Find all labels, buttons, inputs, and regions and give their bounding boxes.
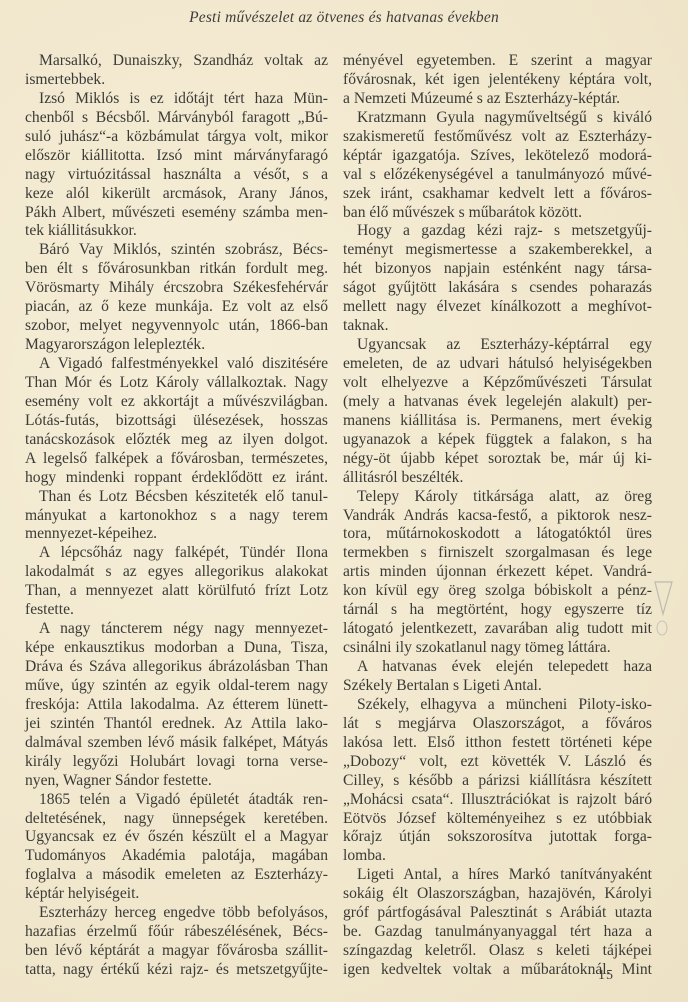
text-line: tárnál s ha megtörtént, hogy egyszerre t… <box>343 601 652 620</box>
text-line: Magyarországon leleplezték. <box>25 336 328 355</box>
text-line: Than Mór és Lotz Károly vállalkoztak. Na… <box>25 374 328 393</box>
text-line: „Mohácsi csata“. Illusztrációkat is rajz… <box>343 791 652 810</box>
text-line: taknak. <box>343 317 652 336</box>
text-line: szobor, melyet negyvennyolc után, 1866-b… <box>25 317 328 336</box>
text-line: a Nemzeti Múzeumé s az Eszterházy-képtár… <box>343 90 652 109</box>
text-line: A legelső falképek a fővárosban, termész… <box>25 450 328 469</box>
text-line: deltetésének, nagy ünnepségek keretében. <box>25 810 328 829</box>
text-line: Hogy a gazdag kézi rajz- s metszetgyűj- <box>343 222 652 241</box>
text-line: csinálni ily szokatlanul nagy tömeg látt… <box>343 639 652 658</box>
text-line: manens kiállitása is. Permanens, mert év… <box>343 412 652 431</box>
text-line: Than és Lotz Bécsben késziteték elő tanu… <box>25 488 328 507</box>
text-line: emeleten, de az udvari hátulsó helyisége… <box>343 355 652 374</box>
text-line: ményével egyetemben. E szerint a magyar <box>343 52 652 71</box>
text-line: jei szintén Thantól erednek. Az Attila l… <box>25 715 328 734</box>
text-line: ben lévő képtárát a magyar fővárosba szá… <box>25 942 328 961</box>
text-line: fővárosnak, két igen jelentékeny képtára… <box>343 71 652 90</box>
text-line: teményt megismertesse a szakemberekkel, … <box>343 241 652 260</box>
text-line: esemény volt ez akkortájt a művészvilágb… <box>25 393 328 412</box>
text-line: mennyezet-képeihez. <box>25 525 328 544</box>
text-line: lát s megjárva Olaszországot, a főváros <box>343 715 652 734</box>
text-line: Vandrák András kacsa-festő, a piktorok n… <box>343 507 652 526</box>
text-line: Marsalkó, Dunaiszky, Szandház voltak az <box>25 52 328 71</box>
text-line: Cilley, s később a párizsi kiállításra k… <box>343 772 652 791</box>
text-line: A hatvanas évek elején telepedett haza <box>343 658 652 677</box>
text-line: ugyanazok a képek függtek a falakon, s h… <box>343 431 652 450</box>
text-line: képtár helyiségeit. <box>25 885 328 904</box>
text-line: tora, műtárnokoskodott a látogatóktól ür… <box>343 525 652 544</box>
text-line: hogy mindenki roppant érdeklődött ez irá… <box>25 469 328 488</box>
left-column: Marsalkó, Dunaiszky, Szandház voltak azi… <box>25 52 328 980</box>
text-line: be. Gazdag tanulmányanyaggal tért haza a <box>343 923 652 942</box>
text-line: mányukat a kartonokhoz s a nagy terem <box>25 507 328 526</box>
text-line: Izsó Miklós is ez időtájt tért haza Mün- <box>25 90 328 109</box>
text-line: képe enkausztikus modorban a Duna, Tisza… <box>25 639 328 658</box>
text-line: hazafias érzelmű főúr rábeszélésének, Bé… <box>25 923 328 942</box>
text-line: először kiállitotta. Izsó mint márványfa… <box>25 147 328 166</box>
text-line: (mely a hatvanas évek legelején alakult)… <box>343 393 652 412</box>
text-line: műve, úgy szintén az egyik oldal-terem n… <box>25 677 328 696</box>
text-line: ban élő művészek s műbarátok között. <box>343 204 652 223</box>
right-column: ményével egyetemben. E szerint a magyarf… <box>343 52 652 980</box>
text-line: király legyőzi Holubárt lovagi torna ver… <box>25 753 328 772</box>
text-line: „Dobozy“ volt, ezt követték V. László és <box>343 753 652 772</box>
text-line: Székely, elhagyva a müncheni Piloty-isko… <box>343 696 652 715</box>
text-line: 1865 telén a Vigadó épületét átadták ren… <box>25 791 328 810</box>
text-line: piacán, az ő keze munkája. Ez volt az el… <box>25 298 328 317</box>
text-line: állitásról beszélték. <box>343 469 652 488</box>
text-line: A Vigadó falfestményekkel való diszitésé… <box>25 355 328 374</box>
text-line: keze alól kikerült arcmások, Arany János… <box>25 185 328 204</box>
text-line: Pákh Albert, művészeti esemény számba me… <box>25 204 328 223</box>
text-line: Eszterházy herceg engedve több befolyáso… <box>25 904 328 923</box>
text-line: tek kiállitásukkor. <box>25 222 328 241</box>
text-line: Vörösmarty Mihály ércszobra Székesfehérv… <box>25 279 328 298</box>
text-line: kon kívül egy öreg szolga bóbiskolt a pé… <box>343 582 652 601</box>
text-line: val s előzékenységével a tanulmányozó mű… <box>343 166 652 185</box>
text-line: festette. <box>25 601 328 620</box>
text-line: A lépcsőház nagy falképét, Tündér Ilona <box>25 544 328 563</box>
text-line: látogató jelentkezett, zavarában alig tu… <box>343 620 652 639</box>
text-line: ságot gyűjtött lakására s csendes pohara… <box>343 279 652 298</box>
text-line: termekben s firniszelt szorgalmasan és l… <box>343 544 652 563</box>
text-line: színgazdag keletről. Olasz s keleti tájk… <box>343 942 652 961</box>
text-line: Kratzmann Gyula nagyműveltségű s kiváló <box>343 109 652 128</box>
text-line: hét bizonyos napjain esténként nagy társ… <box>343 260 652 279</box>
text-line: tanácskozások előzték meg az ilyen dolgo… <box>25 431 328 450</box>
text-line: kőrajz útján sokszorosítva jutottak forg… <box>343 828 652 847</box>
text-line: képtár igazgatója. Szíves, lekötelező mo… <box>343 147 652 166</box>
pencil-margin-mark-icon <box>652 580 676 640</box>
text-line: lomba. <box>343 847 652 866</box>
text-line: gróf pártfogásával Palesztinát s Arábiát… <box>343 904 652 923</box>
text-line: tatta, nagy értékű kézi rajz- és metszet… <box>25 961 328 980</box>
text-line: Ligeti Antal, a híres Markó tanítványaké… <box>343 866 652 885</box>
text-line: Székely Bertalan s Ligeti Antal. <box>343 677 652 696</box>
text-line: lakósa lett. Első itthon festett történe… <box>343 734 652 753</box>
text-line: dalmával szemben lévő másik falképet, Má… <box>25 734 328 753</box>
text-line: foglalva a második emeleten az Eszterház… <box>25 866 328 885</box>
text-line: négy-öt újabb képet soroztak be, már új … <box>343 450 652 469</box>
running-head: Pesti művészelet az ötvenes és hatvanas … <box>0 9 688 27</box>
text-line: nyen, Wagner Sándor festette. <box>25 772 328 791</box>
text-line: Eötvös József költeményeihez s ez utóbbi… <box>343 810 652 829</box>
text-line: ismertebbek. <box>25 71 328 90</box>
text-line: Telepy Károly titkársága alatt, az öreg <box>343 488 652 507</box>
text-line: Ugyancsak ez év őszén készült el a Magya… <box>25 828 328 847</box>
text-line: lakodalmát s az egyes allegorikus alakok… <box>25 563 328 582</box>
text-line: Báró Vay Miklós, szintén szobrász, Bécs- <box>25 241 328 260</box>
text-line: artis minden újonnan érkezett képet. Van… <box>343 563 652 582</box>
text-line: chenből s Bécsből. Márványból faragott „… <box>25 109 328 128</box>
text-line: sokáig élt Olaszországban, hazajövén, Ká… <box>343 885 652 904</box>
text-line: Dráva és Száva allegorikus ábrázolásban … <box>25 658 328 677</box>
text-line: A nagy táncterem négy nagy mennyezet- <box>25 620 328 639</box>
text-line: Tudományos Akadémia palotája, magában <box>25 847 328 866</box>
text-line: Lótás-futás, bizottsági ülésezések, hoss… <box>25 412 328 431</box>
page-number: 15 <box>598 968 614 984</box>
text-line: suló juhász“-a közbámulat tárgya volt, m… <box>25 128 328 147</box>
text-line: nagy virtuózitással használta a vésőt, s… <box>25 166 328 185</box>
text-line: mellett nagy élvezet kínálkozott a meghí… <box>343 298 652 317</box>
text-line: volt elhelyezve a Képzőművészeti Társula… <box>343 374 652 393</box>
text-line: freskója: Attila lakodalma. Az étterem l… <box>25 696 328 715</box>
text-line: Than, a mennyezet alatt körülfutó frízt … <box>25 582 328 601</box>
text-line: Ugyancsak az Eszterházy-képtárral egy <box>343 336 652 355</box>
text-line: szakismeretű festőművész volt az Eszterh… <box>343 128 652 147</box>
text-line: ben élt s fővárosunkban ritkán fordult m… <box>25 260 328 279</box>
text-line: szek iránt, csakhamar kedvelt lett a főv… <box>343 185 652 204</box>
